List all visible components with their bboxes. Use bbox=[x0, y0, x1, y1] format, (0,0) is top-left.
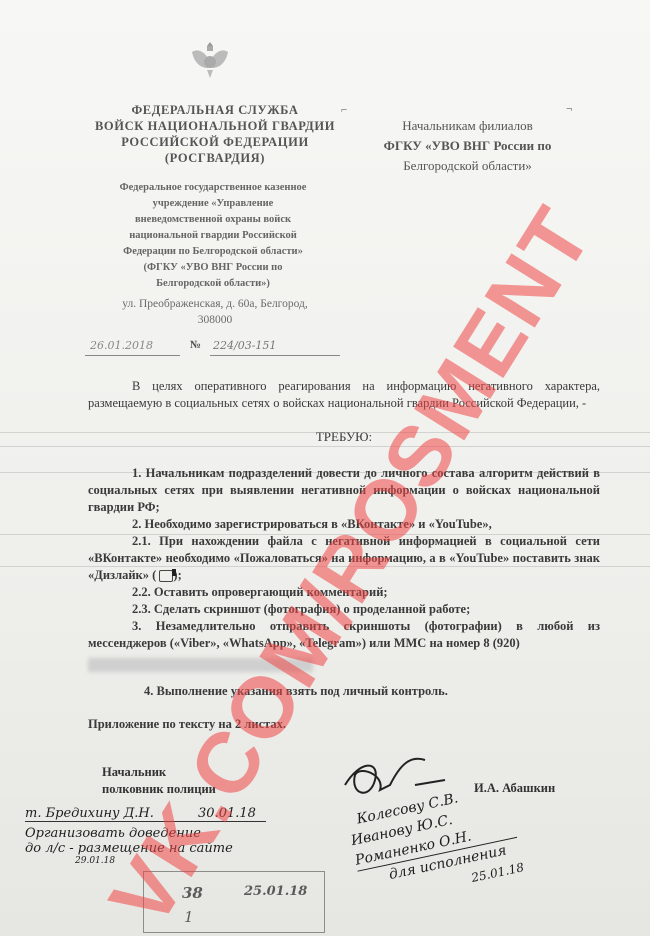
thumbs-down-icon bbox=[159, 570, 173, 582]
preamble: В целях оперативного реагирования на инф… bbox=[88, 378, 600, 412]
instruction-item: 2.2. Оставить опровергающий комментарий; bbox=[88, 584, 600, 601]
handwritten-date: 29.01.18 bbox=[75, 856, 266, 866]
addressee: Начальникам филиалов ФГКУ «УВО ВНГ Росси… bbox=[360, 116, 575, 176]
service-line: РОССИЙСКОЙ ФЕДЕРАЦИИ bbox=[95, 134, 335, 150]
org-line: Федерации по Белгородской области» bbox=[88, 244, 338, 260]
registration-stamp: 38 25.01.18 1 bbox=[143, 871, 325, 933]
service-line: ФЕДЕРАЛЬНАЯ СЛУЖБА bbox=[95, 102, 335, 118]
corner-mark-left: ⌐ bbox=[341, 104, 347, 116]
stamp-date: 25.01.18 bbox=[244, 884, 307, 899]
org-line: Белгородской области») bbox=[88, 276, 338, 292]
service-line: ВОЙСК НАЦИОНАЛЬНОЙ ГВАРДИИ bbox=[95, 118, 335, 134]
org-line: национальной гвардии Российской bbox=[88, 228, 338, 244]
underline bbox=[85, 355, 180, 356]
handwritten-text: до л/с - размещение на сайте bbox=[25, 841, 266, 856]
org-line: учреждение «Управление bbox=[88, 196, 338, 212]
registration-date: 26.01.2018 bbox=[90, 339, 153, 352]
registration-line: 26.01.2018 № 224/03-151 bbox=[85, 339, 340, 359]
instruction-item: 1. Начальникам подразделений довести до … bbox=[88, 465, 600, 516]
underline bbox=[210, 355, 340, 356]
instruction-item: 2.1. При нахождении файла с негативной и… bbox=[88, 533, 600, 584]
registration-number: 224/03-151 bbox=[213, 339, 276, 352]
scanned-document: ФЕДЕРАЛЬНАЯ СЛУЖБА ВОЙСК НАЦИОНАЛЬНОЙ ГВ… bbox=[0, 0, 650, 936]
appendix-note: Приложение по тексту на 2 листах. bbox=[88, 716, 600, 733]
address-line: 308000 bbox=[95, 312, 335, 328]
instruction-item: 3. Незамедлительно отправить скриншоты (… bbox=[88, 618, 600, 652]
demand-heading: ТРЕБУЮ: bbox=[88, 428, 600, 445]
instruction-item: 2. Необходимо зарегистрироваться в «ВКон… bbox=[88, 516, 600, 533]
service-line: (РОСГВАРДИЯ) bbox=[95, 150, 335, 166]
redacted-phone-number bbox=[88, 658, 313, 672]
corner-mark-right: ¬ bbox=[566, 103, 572, 115]
org-line: Федеральное государственное казенное bbox=[88, 180, 338, 196]
number-sign: № bbox=[190, 339, 201, 351]
address: ул. Преображенская, д. 60а, Белгород, 30… bbox=[95, 296, 335, 328]
handwritten-date: 30.01.18 bbox=[198, 806, 256, 821]
stamp-number: 38 bbox=[182, 884, 203, 902]
instruction-item: 2.3. Сделать скриншот (фотография) о про… bbox=[88, 601, 600, 618]
instruction-item: 4. Выполнение указания взять под личный … bbox=[88, 683, 600, 700]
handwritten-resolution-left: т. Бредихину Д.Н. 30.01.18 Организовать … bbox=[25, 806, 266, 866]
org-line: вневедомственной охраны войск bbox=[88, 212, 338, 228]
addressee-line: ФГКУ «УВО ВНГ России по bbox=[360, 136, 575, 156]
handwritten-text: Организовать доведение bbox=[25, 826, 266, 841]
address-line: ул. Преображенская, д. 60а, Белгород, bbox=[95, 296, 335, 312]
stamp-sheets: 1 bbox=[184, 908, 194, 926]
position-line: полковник полиции bbox=[102, 781, 216, 798]
position-line: Начальник bbox=[102, 764, 216, 781]
org-line: (ФГКУ «УВО ВНГ России по bbox=[88, 260, 338, 276]
addressee-line: Начальникам филиалов bbox=[360, 116, 575, 136]
service-name: ФЕДЕРАЛЬНАЯ СЛУЖБА ВОЙСК НАЦИОНАЛЬНОЙ ГВ… bbox=[95, 102, 335, 166]
double-headed-eagle-emblem-icon bbox=[188, 38, 232, 80]
addressee-line: Белгородской области» bbox=[360, 156, 575, 176]
handwritten-text: т. Бредихину Д.Н. bbox=[25, 806, 154, 821]
document-body: В целях оперативного реагирования на инф… bbox=[88, 378, 600, 733]
organization-name: Федеральное государственное казенное учр… bbox=[88, 180, 338, 292]
signatory-position: Начальник полковник полиции bbox=[102, 764, 216, 798]
